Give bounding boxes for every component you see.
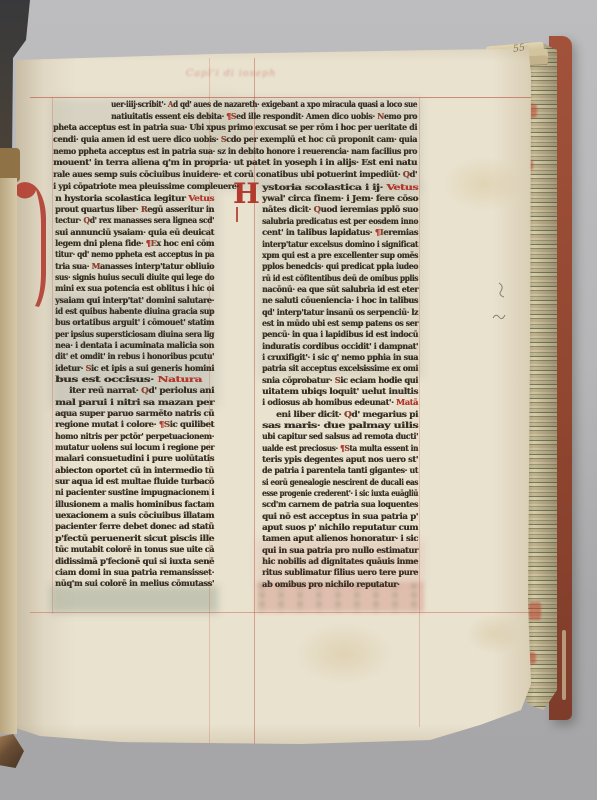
text-line: pplos benedcis· qui predicat ppla iudeo <box>262 261 418 272</box>
text-line: per ipsius supersticiosam diuina sera li… <box>55 329 214 340</box>
fore-edge-red-mark <box>529 602 541 620</box>
text-line: i odiosus ab homibus edeunat'· Matā <box>262 397 418 408</box>
text-line: bus est occisus· Natura <box>55 374 214 385</box>
text-line: tectur· Qd' rex manasses sera lignea scd… <box>55 215 214 226</box>
text-line: tūc mutabit colorē in tonus sue uite cā <box>55 544 214 555</box>
photograph-of-manuscript: { "page": { "folio_number": "55", "runni… <box>0 0 597 800</box>
red-touched-capital: S <box>335 375 341 385</box>
red-touched-capital: A <box>168 99 173 109</box>
rubric-text: Vetus <box>188 193 214 203</box>
gutter-page-edge <box>0 178 17 734</box>
text-line: titur· qd' nemo ppheta est acceptus in p… <box>55 249 214 260</box>
text-line: abiecton oportet cū in intermedio tū <box>55 465 214 476</box>
red-touched-capital: Q <box>313 204 320 214</box>
text-line: ysaiam qui interp'tat' domini salutare· <box>55 295 214 306</box>
text-line: rū id est cōfitentibus deū de omibus ppl… <box>262 273 418 284</box>
rubric-text: Vetus <box>386 182 418 192</box>
text-line: illusionem a malis hominibus factam <box>55 499 214 510</box>
text-line: esse progenie crederent'· i sic iuxta eu… <box>262 488 418 499</box>
folio-number: 55 <box>512 42 526 55</box>
ruling-line-horizontal-top <box>30 97 545 98</box>
text-line: ni pacienter sustine impugnacionem i <box>55 487 214 498</box>
text-line: ubi capitur sed salsus ad remota ducti' <box>262 431 418 442</box>
text-line: sas maris· due palmay uilis <box>262 420 418 431</box>
text-line: hic nobilis ad dignitates quāuis inme <box>262 556 418 567</box>
text-line: mal parui i nitri sa mazan per <box>55 397 214 408</box>
binding-edge-wedge <box>0 148 20 182</box>
text-line: sus· signis huius seculi diuite qui lege… <box>55 272 214 283</box>
margin-ink-mark <box>496 282 508 298</box>
text-line: idetur· Sic et ipis a sui generis homini <box>55 363 214 374</box>
text-line: induratis cordibus occidit' i dampnat' <box>262 341 418 352</box>
text-line: i cruxifigit'· i sic q' nemo pphia in su… <box>262 352 418 363</box>
red-touched-capital: Q <box>141 385 148 395</box>
red-touched-capital: N <box>377 111 384 121</box>
text-line: cendi· quia amen id est uere dico uobis·… <box>53 134 417 146</box>
text-line: uexacionem a suis cōciuibus illatam <box>55 510 214 521</box>
ruling-line-vertical <box>419 97 420 727</box>
text-line: sur aqua id est multae fluide turbacō <box>55 476 214 487</box>
cover-inner-edge <box>562 630 566 700</box>
text-line: teris ypis degentes aput nos uero st' <box>262 454 418 465</box>
text-line: scd'm carnem de patria sua loquentes <box>262 499 418 510</box>
ruling-line-horizontal-bottom <box>30 612 540 613</box>
text-line: uitatem ubiqs loquit' uelut inultis <box>262 386 418 397</box>
text-line: uer·iiij·scribit'· Ad qd' aues de nazare… <box>53 99 417 111</box>
text-line: mutatur uolens sui locum i regione per <box>55 442 214 453</box>
text-line: nea· i dentata i acuminata malicia son <box>55 340 214 351</box>
text-line: sui annunciū ysaiam· quia eū deuicat <box>55 227 214 238</box>
text-line: id est quibus habente diuina gracia sup <box>55 306 214 317</box>
text-line: salubria predicatus est per eosdem inno <box>262 216 418 227</box>
red-touched-capital: S <box>231 111 236 121</box>
text-line: ciam domi in sua patria remansisset· <box>55 567 214 578</box>
text-line: nemo ppheta acceptus est in patria sua· … <box>53 146 417 158</box>
text-line: iter reū narrat· Qd' periolus ani <box>55 385 214 396</box>
text-line: prout quartus liber· Regū asseritur in <box>55 204 214 215</box>
rubric-text: Matā <box>396 397 418 407</box>
text-line: n hystoria scolastica legitur Vetus <box>55 193 214 204</box>
manuscript-page: Capl'i di ioseph H uer·iiij·scribit'· Ad… <box>14 44 545 750</box>
running-header: Capl'i di ioseph <box>186 68 296 79</box>
text-line: aput suos p' nichilo reputatur cum <box>262 522 418 533</box>
text-line: nūq'm sui colorē in melius cōmutass' <box>55 578 214 589</box>
text-line: qui nō est acceptus in sua patria p' <box>262 511 418 522</box>
red-touched-capital: S <box>344 443 349 453</box>
text-line: tamen aput alienos honoratur· i sic <box>262 533 418 544</box>
text-line: xpm qui est a pre excellenter sup omēs <box>262 250 418 261</box>
text-line: ystoria scolastica i ij· Vetus <box>262 182 418 193</box>
text-line: didissimā p'fecionē qui si iuxta senē <box>55 556 214 567</box>
text-line: de patria i parentela tanti gigantes· ut <box>262 465 418 476</box>
text-line: ywal' circa finem· i Jem· fere cōso <box>262 193 418 204</box>
text-line: legem dni plena fide· ¶Ex hoc eni cōm <box>55 238 214 249</box>
text-line: qd' interp'tatur insanū os serpenciū· lz <box>262 307 418 318</box>
text-line: ualde est preciosus· ¶Sta multa essent i… <box>262 443 418 454</box>
text-line: qui in sua patria pro nullo estimatur <box>262 545 418 556</box>
text-line: homo nitris per pctōr' perpetuacionem· <box>55 431 214 442</box>
rubric-text: Natura <box>157 374 202 384</box>
red-touched-capital: S <box>85 363 90 373</box>
text-column-left: n hystoria scolastica legitur Vetusprout… <box>55 193 214 590</box>
margin-ink-mark <box>492 312 506 322</box>
text-line: regione mutat i colore· ¶Sic quilibet <box>55 419 214 430</box>
text-line: interp'tatur excelsus domino i significa… <box>262 239 418 250</box>
text-line: tria sua· Manasses interp'tatur obliuio <box>55 261 214 272</box>
top-text-block: uer·iiij·scribit'· Ad qd' aues de nazare… <box>53 99 417 193</box>
red-touched-capital: S <box>221 134 226 144</box>
red-touched-capital: Q <box>83 215 89 225</box>
text-line: pheta acceptus est in patria sua· Ubi xp… <box>53 122 417 134</box>
text-line: snia cōprobatur· Sic eciam hodie qui <box>262 375 418 386</box>
initial-letter-descender <box>236 207 238 222</box>
text-line: ne saluti cōueniencia· i hoc in talibus <box>262 295 418 306</box>
red-touched-capital: I <box>380 227 384 237</box>
text-line: nacōnū· ea que sūt salubria id est eter <box>262 284 418 295</box>
text-line: est in mūdo ubi est semp patens os ser <box>262 318 418 329</box>
red-touched-capital: M <box>91 261 99 271</box>
text-line: rale aues semp suis cōciuibus inuidere· … <box>53 169 417 181</box>
text-line: dit' et omdit' in rebus i honoribus pcut… <box>55 351 214 362</box>
red-touched-capital: Q <box>344 409 351 419</box>
red-touched-capital: R <box>141 204 147 214</box>
red-touched-capital: S <box>164 419 170 429</box>
text-line: mini ex sua potencia est oblitus i hic o… <box>55 283 214 294</box>
text-line: ritus sublimatur filius uero tere pure <box>262 567 418 578</box>
text-line: ab omibus pro nichilo reputatur· <box>262 579 418 590</box>
text-line: nātes dicit· Quod ieremias pplō suo <box>262 204 418 215</box>
red-touched-capital: E <box>150 238 156 248</box>
text-line: mouent' in terra aliena q'm in propria· … <box>53 157 417 169</box>
text-line: bus ortatibus arguit' i cōmouet' statim <box>55 317 214 328</box>
text-line: cent' in talibus lapidatus· ¶Ieremias <box>262 227 418 238</box>
text-line: si eorū genealogie nescirent de ducali e… <box>262 477 418 488</box>
text-line: p'fectū peruenerit sicut piscis ille <box>55 533 214 544</box>
text-line: natiuitatis essent eis debita· ¶Sed ille… <box>53 111 417 123</box>
text-line: malari consuetudini i pure uolūtatis <box>55 453 214 464</box>
text-line: pacienter ferre debet donec ad statū <box>55 521 214 532</box>
text-line: aqua super paruo sarmēto natris cū <box>55 408 214 419</box>
text-column-right: ystoria scolastica i ij· Vetusywal' circ… <box>262 182 418 590</box>
text-line: patria sit acceptus excelsissime ex omi <box>262 363 418 374</box>
red-touched-capital: Q <box>403 169 410 179</box>
text-line: pencū· in qua i lapidibus id est indocū <box>262 329 418 340</box>
text-line: eni liber dicit· Qd' megarius pi <box>262 409 418 420</box>
